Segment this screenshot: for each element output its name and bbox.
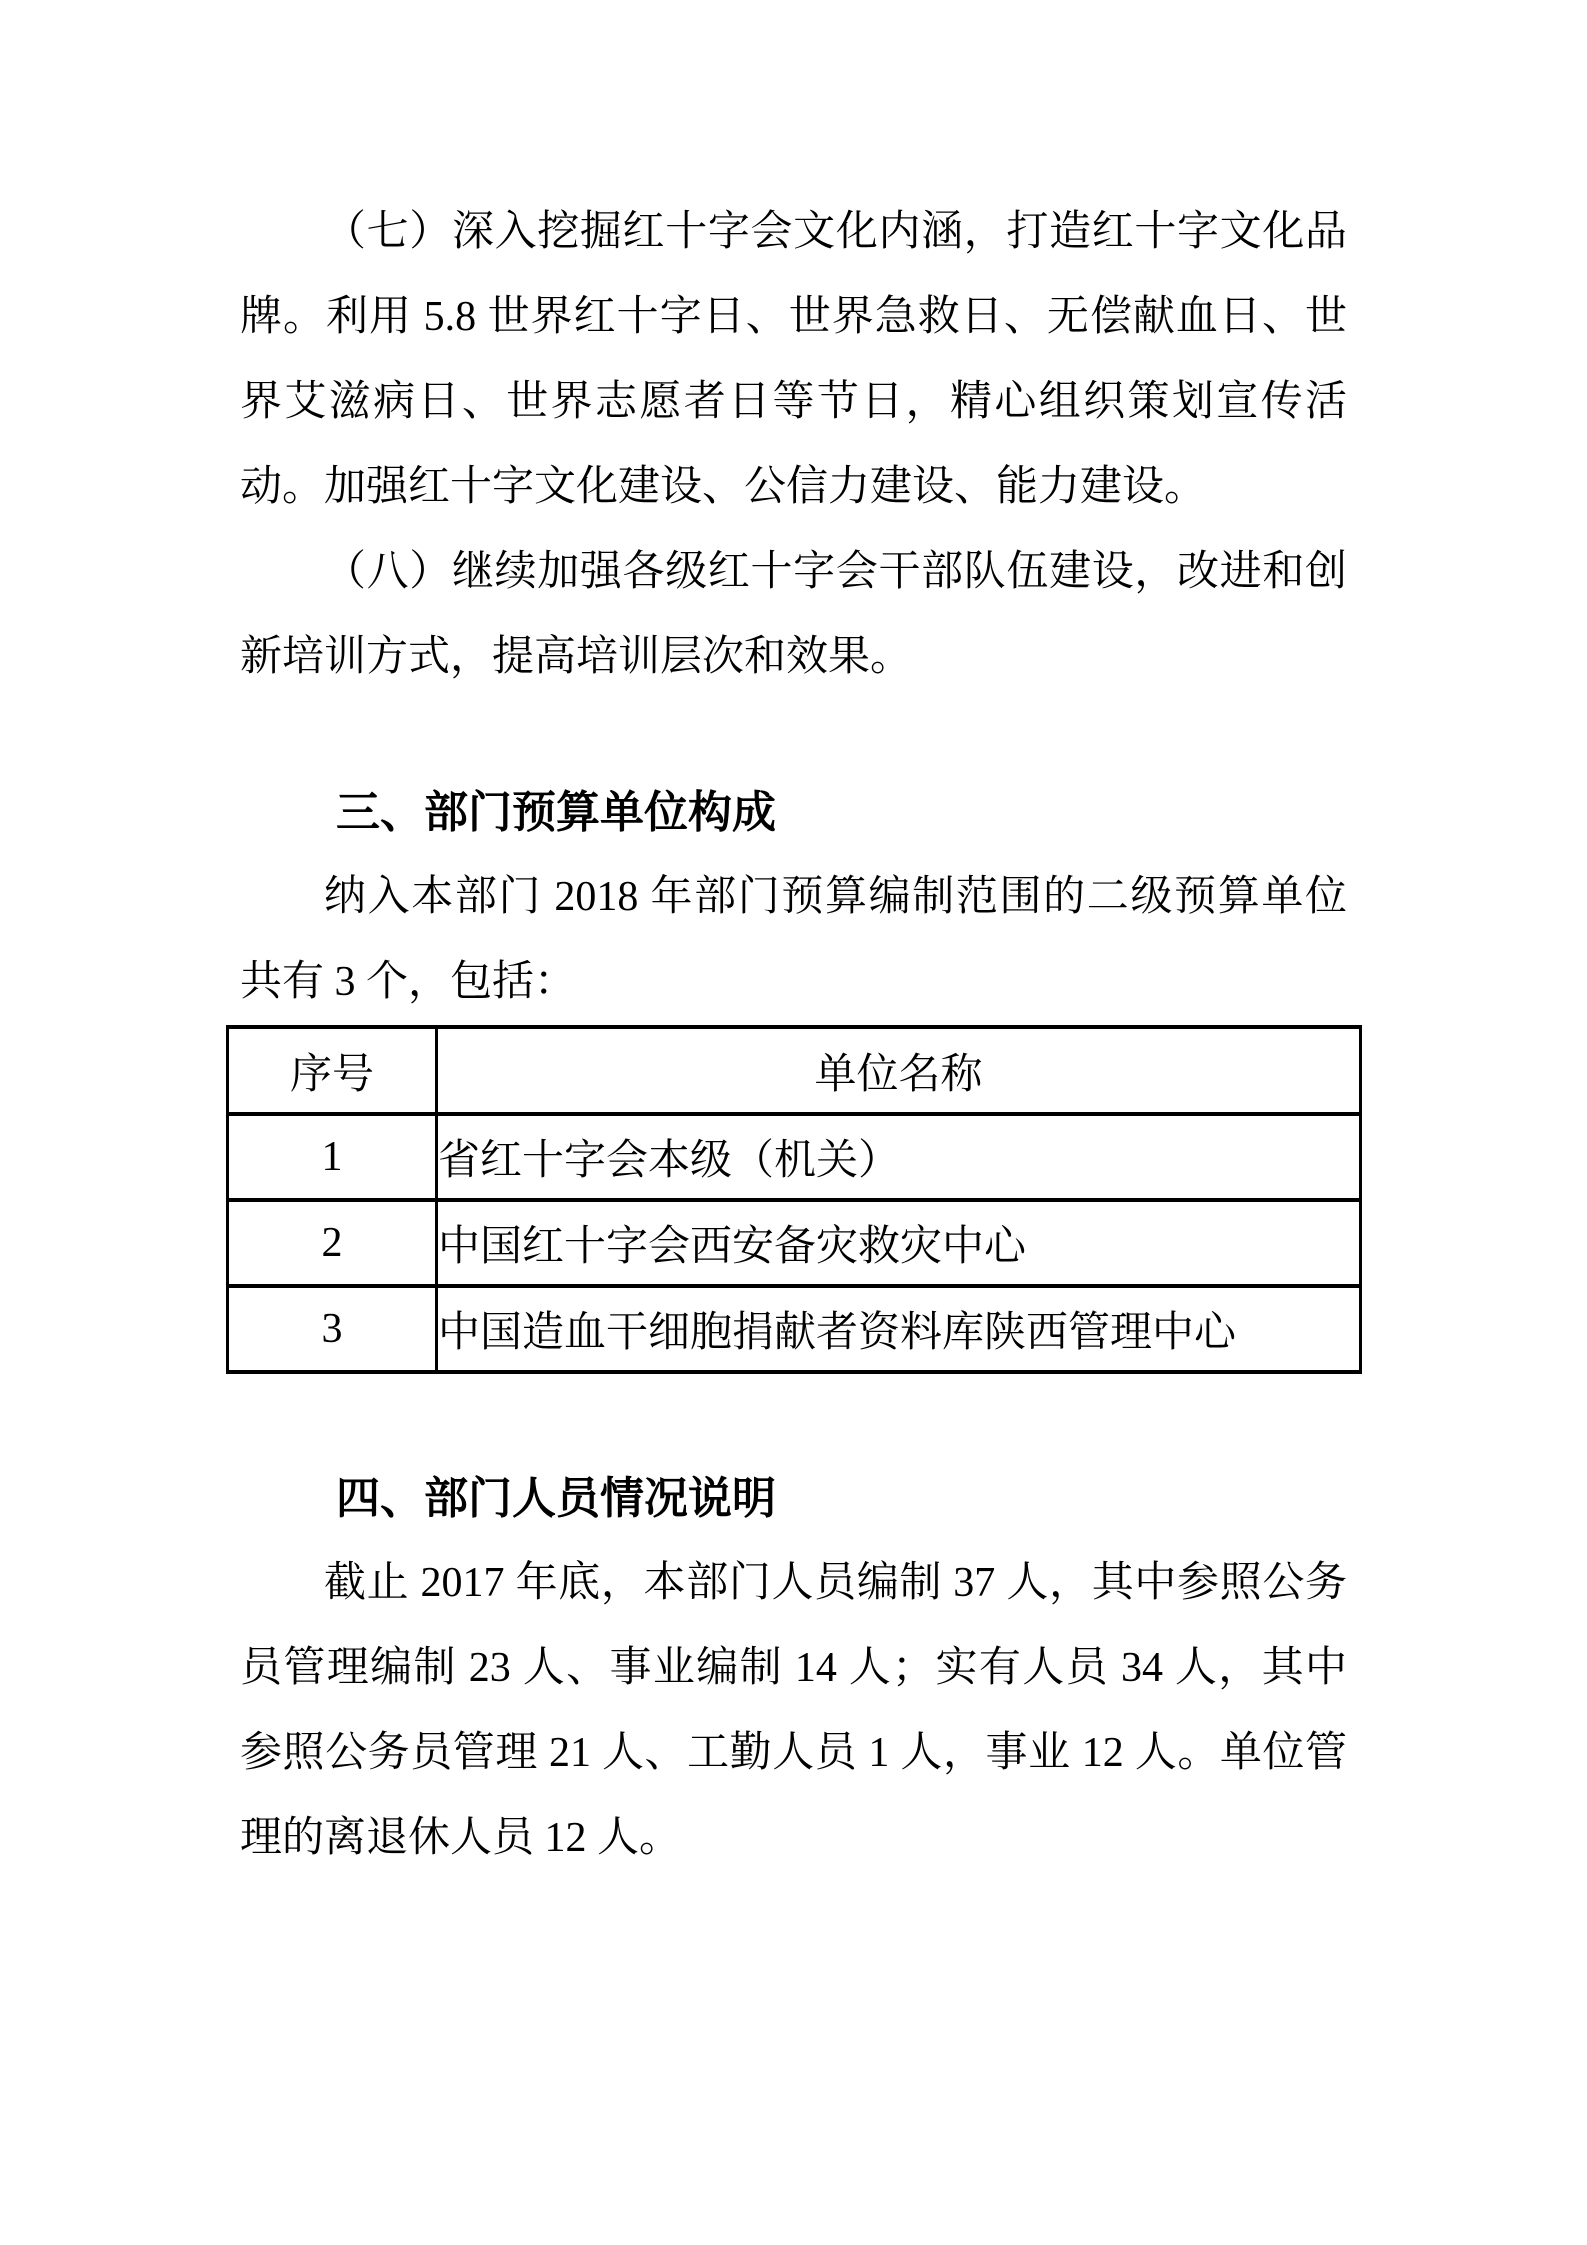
table-header-row: 序号 单位名称 — [228, 1027, 1361, 1114]
paragraph-item-7: （七）深入挖掘红十字会文化内涵，打造红十字文化品牌。利用 5.8 世界红十字日、… — [240, 190, 1347, 530]
table-header-unit-name: 单位名称 — [437, 1027, 1361, 1114]
paragraph-personnel: 截止 2017 年底，本部门人员编制 37 人，其中参照公务员管理编制 23 人… — [240, 1541, 1347, 1881]
section-heading-budget-units: 三、部门预算单位构成 — [336, 770, 1347, 855]
table-row: 1 省红十字会本级（机关） — [228, 1114, 1361, 1200]
cell-serial-number: 2 — [228, 1200, 437, 1286]
section-heading-personnel: 四、部门人员情况说明 — [336, 1456, 1347, 1541]
budget-units-table: 序号 单位名称 1 省红十字会本级（机关） 2 中国红十字会西安备灾救灾中心 3… — [226, 1025, 1362, 1374]
cell-serial-number: 3 — [228, 1286, 437, 1372]
table-row: 3 中国造血干细胞捐献者资料库陕西管理中心 — [228, 1286, 1361, 1372]
table-header-serial: 序号 — [228, 1027, 437, 1114]
cell-serial-number: 1 — [228, 1114, 437, 1200]
paragraph-item-8: （八）继续加强各级红十字会干部队伍建设，改进和创新培训方式，提高培训层次和效果。 — [240, 530, 1347, 700]
document-page: （七）深入挖掘红十字会文化内涵，打造红十字文化品牌。利用 5.8 世界红十字日、… — [0, 0, 1587, 2245]
cell-unit-name: 中国红十字会西安备灾救灾中心 — [437, 1200, 1361, 1286]
paragraph-budget-units-intro: 纳入本部门 2018 年部门预算编制范围的二级预算单位共有 3 个，包括： — [240, 855, 1347, 1025]
table-row: 2 中国红十字会西安备灾救灾中心 — [228, 1200, 1361, 1286]
cell-unit-name: 省红十字会本级（机关） — [437, 1114, 1361, 1200]
cell-unit-name: 中国造血干细胞捐献者资料库陕西管理中心 — [437, 1286, 1361, 1372]
